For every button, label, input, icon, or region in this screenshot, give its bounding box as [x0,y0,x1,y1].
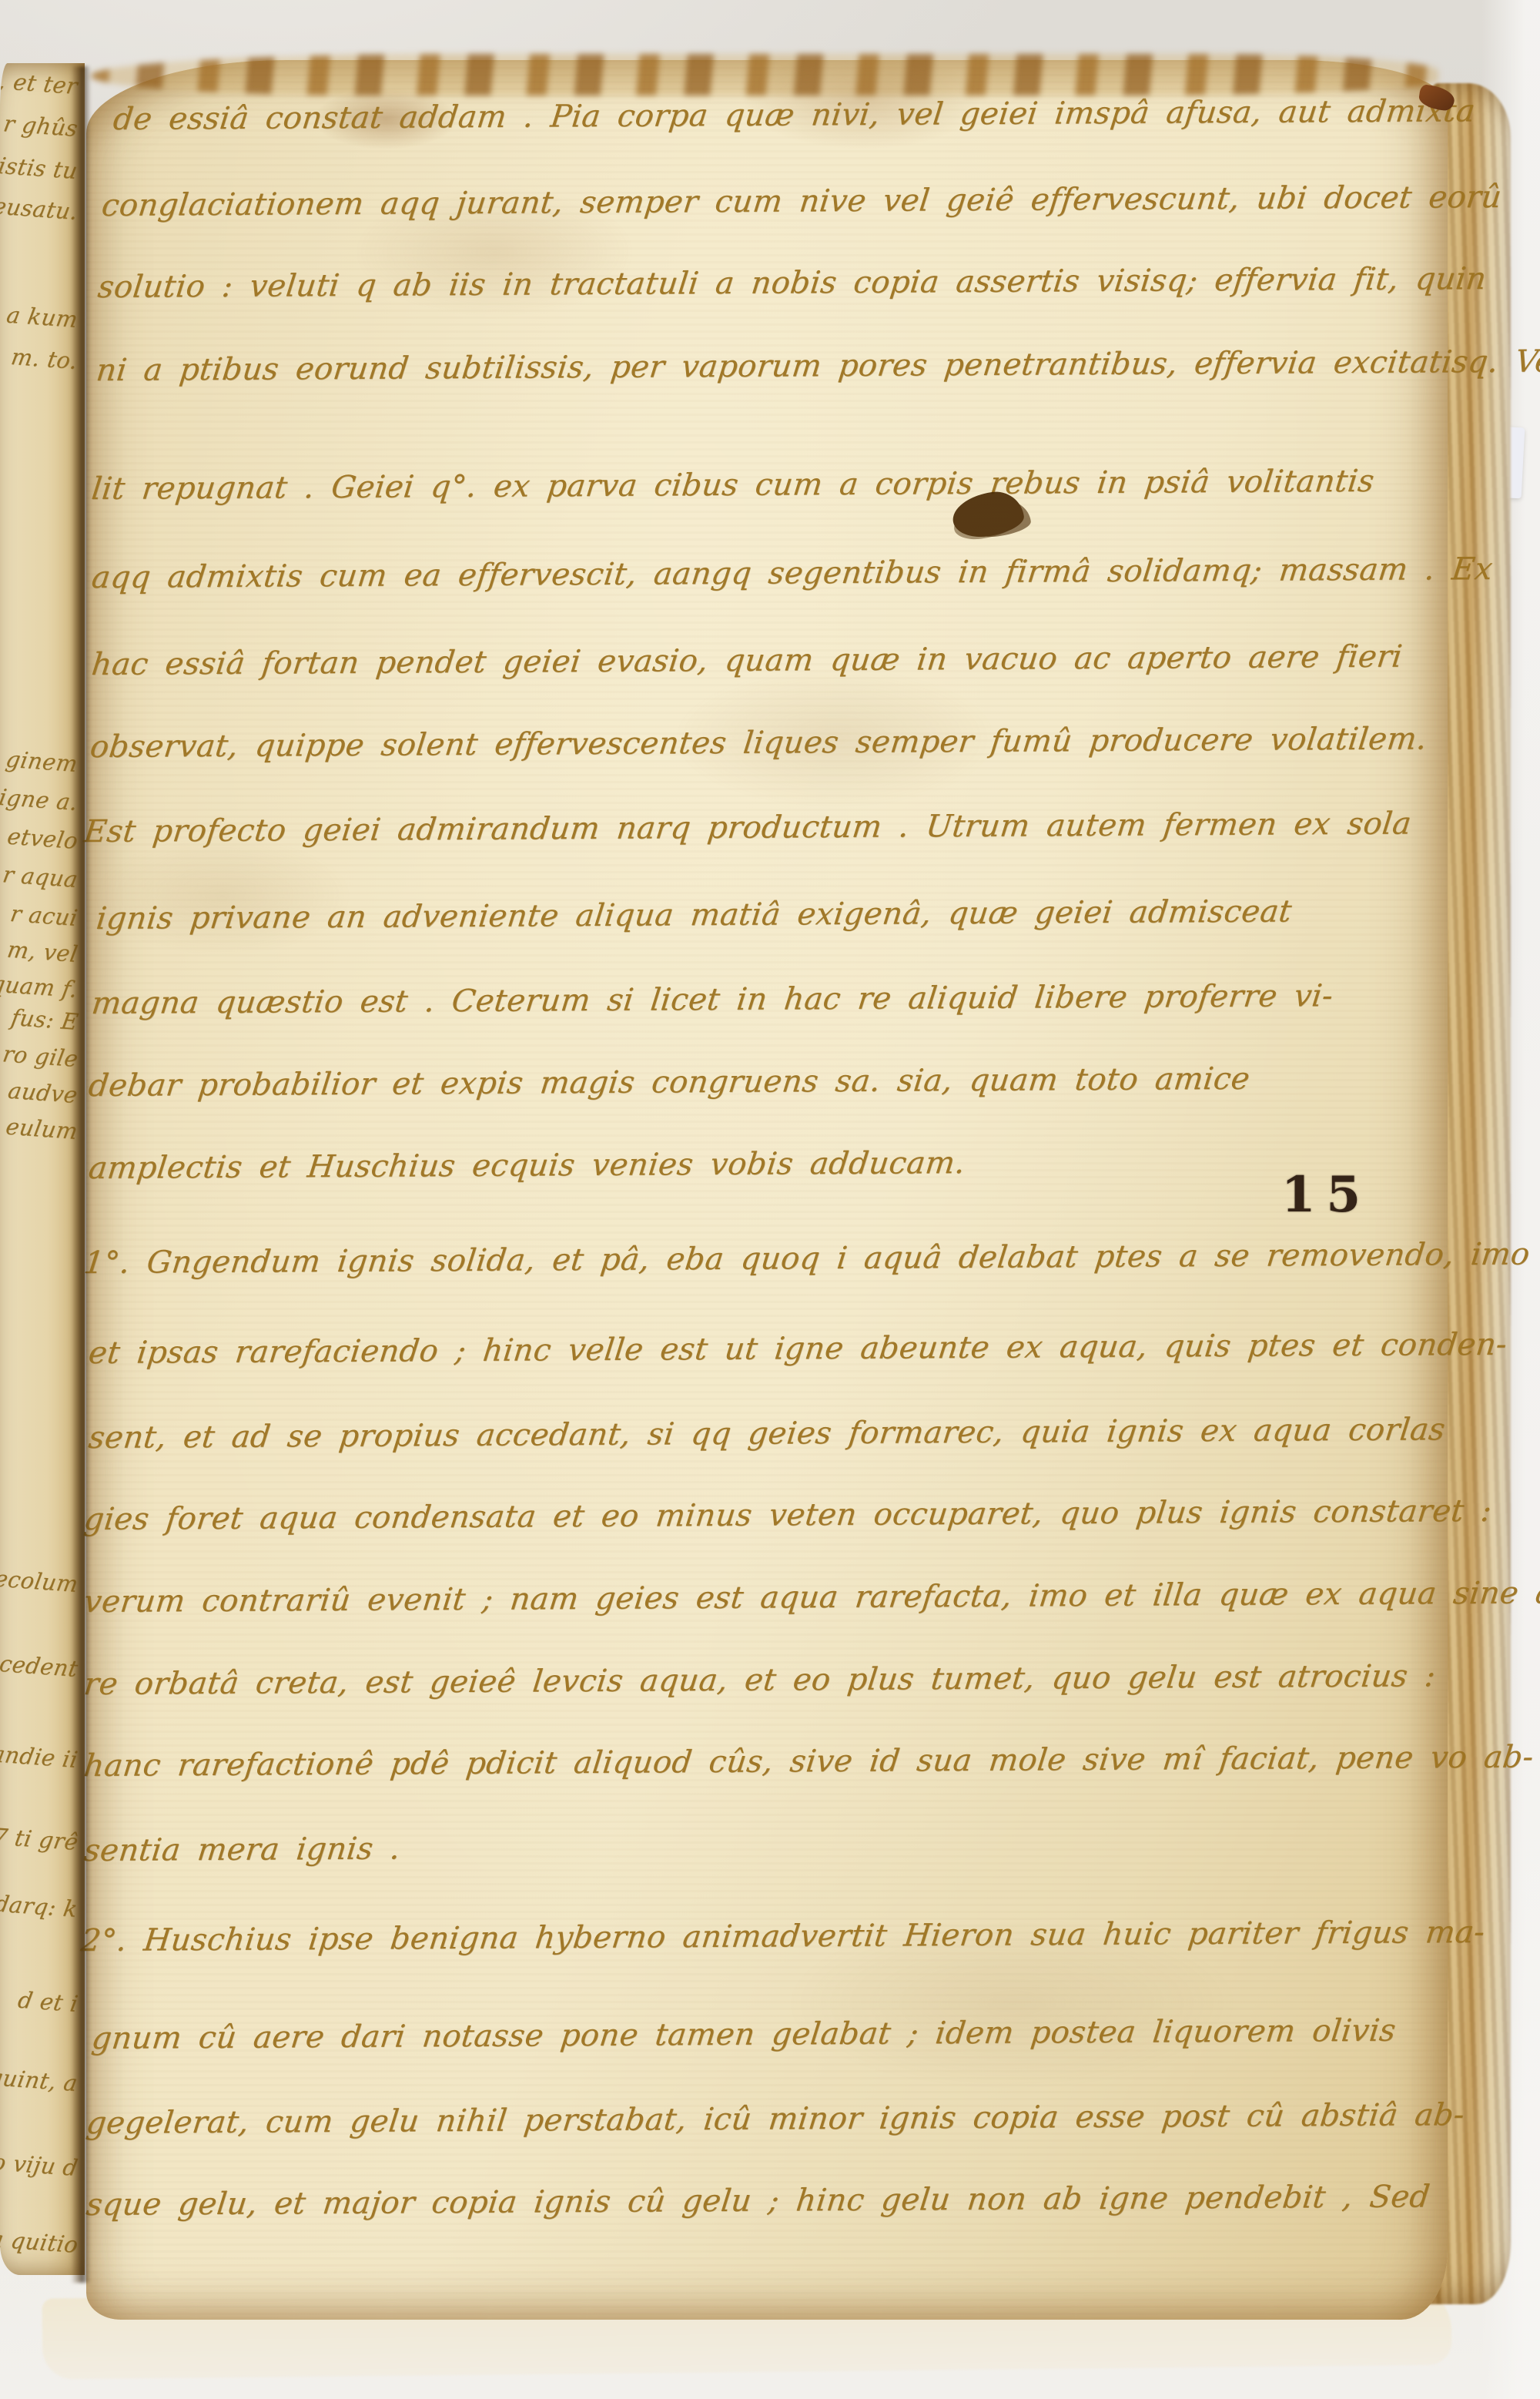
manuscript-line: 2°. Huschius ipse benigna hyberno animad… [79,1915,1487,1958]
manuscript-line: magna quæstio est . Ceterum si licet in … [90,978,1335,1021]
manuscript-line: Est profecto geiei admirandum narq produ… [82,806,1414,849]
manuscript-line: observat, quippe solent effervescentes l… [89,721,1429,765]
manuscript-line: sent, et ad se propius accedant, si qq g… [87,1412,1448,1456]
manuscript-line: hanc rarefactionê pdê pdicit aliquod cûs… [82,1740,1536,1784]
facing-page-line: quint, a [0,2064,80,2096]
facing-page-line: a kum [5,302,80,333]
facing-page-line: r ghûs [2,110,80,142]
manuscript-line: ignis privane an adveniente aliqua matiâ… [95,894,1294,936]
manuscript-line: solutio : veluti q ab iis in tractatuli … [96,261,1488,305]
facing-page-line: igne a. [0,784,80,816]
photo-stage: s, et terr ghûsistis tueusatu.a kumm. to… [0,0,1540,2399]
manuscript-line: et ipsas rarefaciendo ; hinc velle est u… [87,1327,1509,1371]
facing-page-line: istis tu [0,152,80,184]
facing-page-line: fus: E [8,1004,80,1035]
manuscript-text: de essiâ constat addam . Pia corpa quæ n… [86,60,1448,2320]
manuscript-line: debar probabilior et expis magis congrue… [87,1061,1252,1104]
facing-page-line: s, et ter [0,67,80,99]
facing-page-line: r aqua [1,861,80,893]
page-number-stamp: 15 [1281,1166,1371,1224]
manuscript-line: conglaciationem aqq jurant, semper cum n… [100,179,1504,223]
manuscript-line: 1°. Gngendum ignis solida, et pâ, eba qu… [82,1237,1532,1281]
manuscript-line: verum contrariû evenit ; nam geies est a… [82,1575,1540,1620]
manuscript-line: gies foret aqua condensata et eo minus v… [82,1493,1494,1537]
manuscript-line: gnum cû aere dari notasse pone tamen gel… [90,2013,1398,2056]
manuscript-line: aqq admixtis cum ea effervescit, aangq s… [90,551,1495,595]
manuscript-line: re orbatâ creta, est geieê levcis aqua, … [82,1658,1438,1702]
manuscript-line: hac essiâ fortan pendet geiei evasio, qu… [90,639,1404,682]
facing-page-line: m, vel [5,936,80,967]
facing-page-line: ginem [4,745,80,776]
facing-page-line: eulum [4,1113,80,1144]
manuscript-line: ni a ptibus eorund subtilissis, per vapo… [95,343,1540,388]
facing-page-line: accedent [0,1648,80,1681]
manuscript-line: amplectis et Huschius ecquis venies vobi… [87,1145,967,1186]
facing-page-line: andie ii [0,1741,80,1773]
facing-page-line: ndarq: k [0,1889,80,1922]
facing-page-line: a quitio [0,2226,80,2258]
facing-page-line: ecolum [0,1565,80,1597]
facing-page-line: eusatu. [0,193,80,225]
facing-page-line: etvelo [5,823,80,854]
manuscript-line: de essiâ constat addam . Pia corpa quæ n… [112,93,1478,137]
facing-page-line: ro gile [1,1040,80,1072]
manuscript-page: de essiâ constat addam . Pia corpa quæ n… [86,60,1448,2320]
facing-page-line: o viju d [0,2149,80,2181]
manuscript-line: gegelerat, cum gelu nihil perstabat, icû… [85,2097,1467,2141]
facing-page-line: 7 ti grê [0,1823,80,1855]
facing-page-line: audve [6,1077,80,1108]
manuscript-line: sque gelu, et major copia ignis cû gelu … [85,2179,1432,2223]
manuscript-line: lit repugnat . Geiei q°. ex parva cibus … [90,464,1377,507]
facing-page-line: m. to. [9,343,80,374]
gutter-shadow [71,66,91,2283]
manuscript-line: sentia mera ignis . [82,1831,403,1868]
facing-page-line: r acui [8,900,80,931]
facing-page-line: quam f. [0,970,80,1003]
